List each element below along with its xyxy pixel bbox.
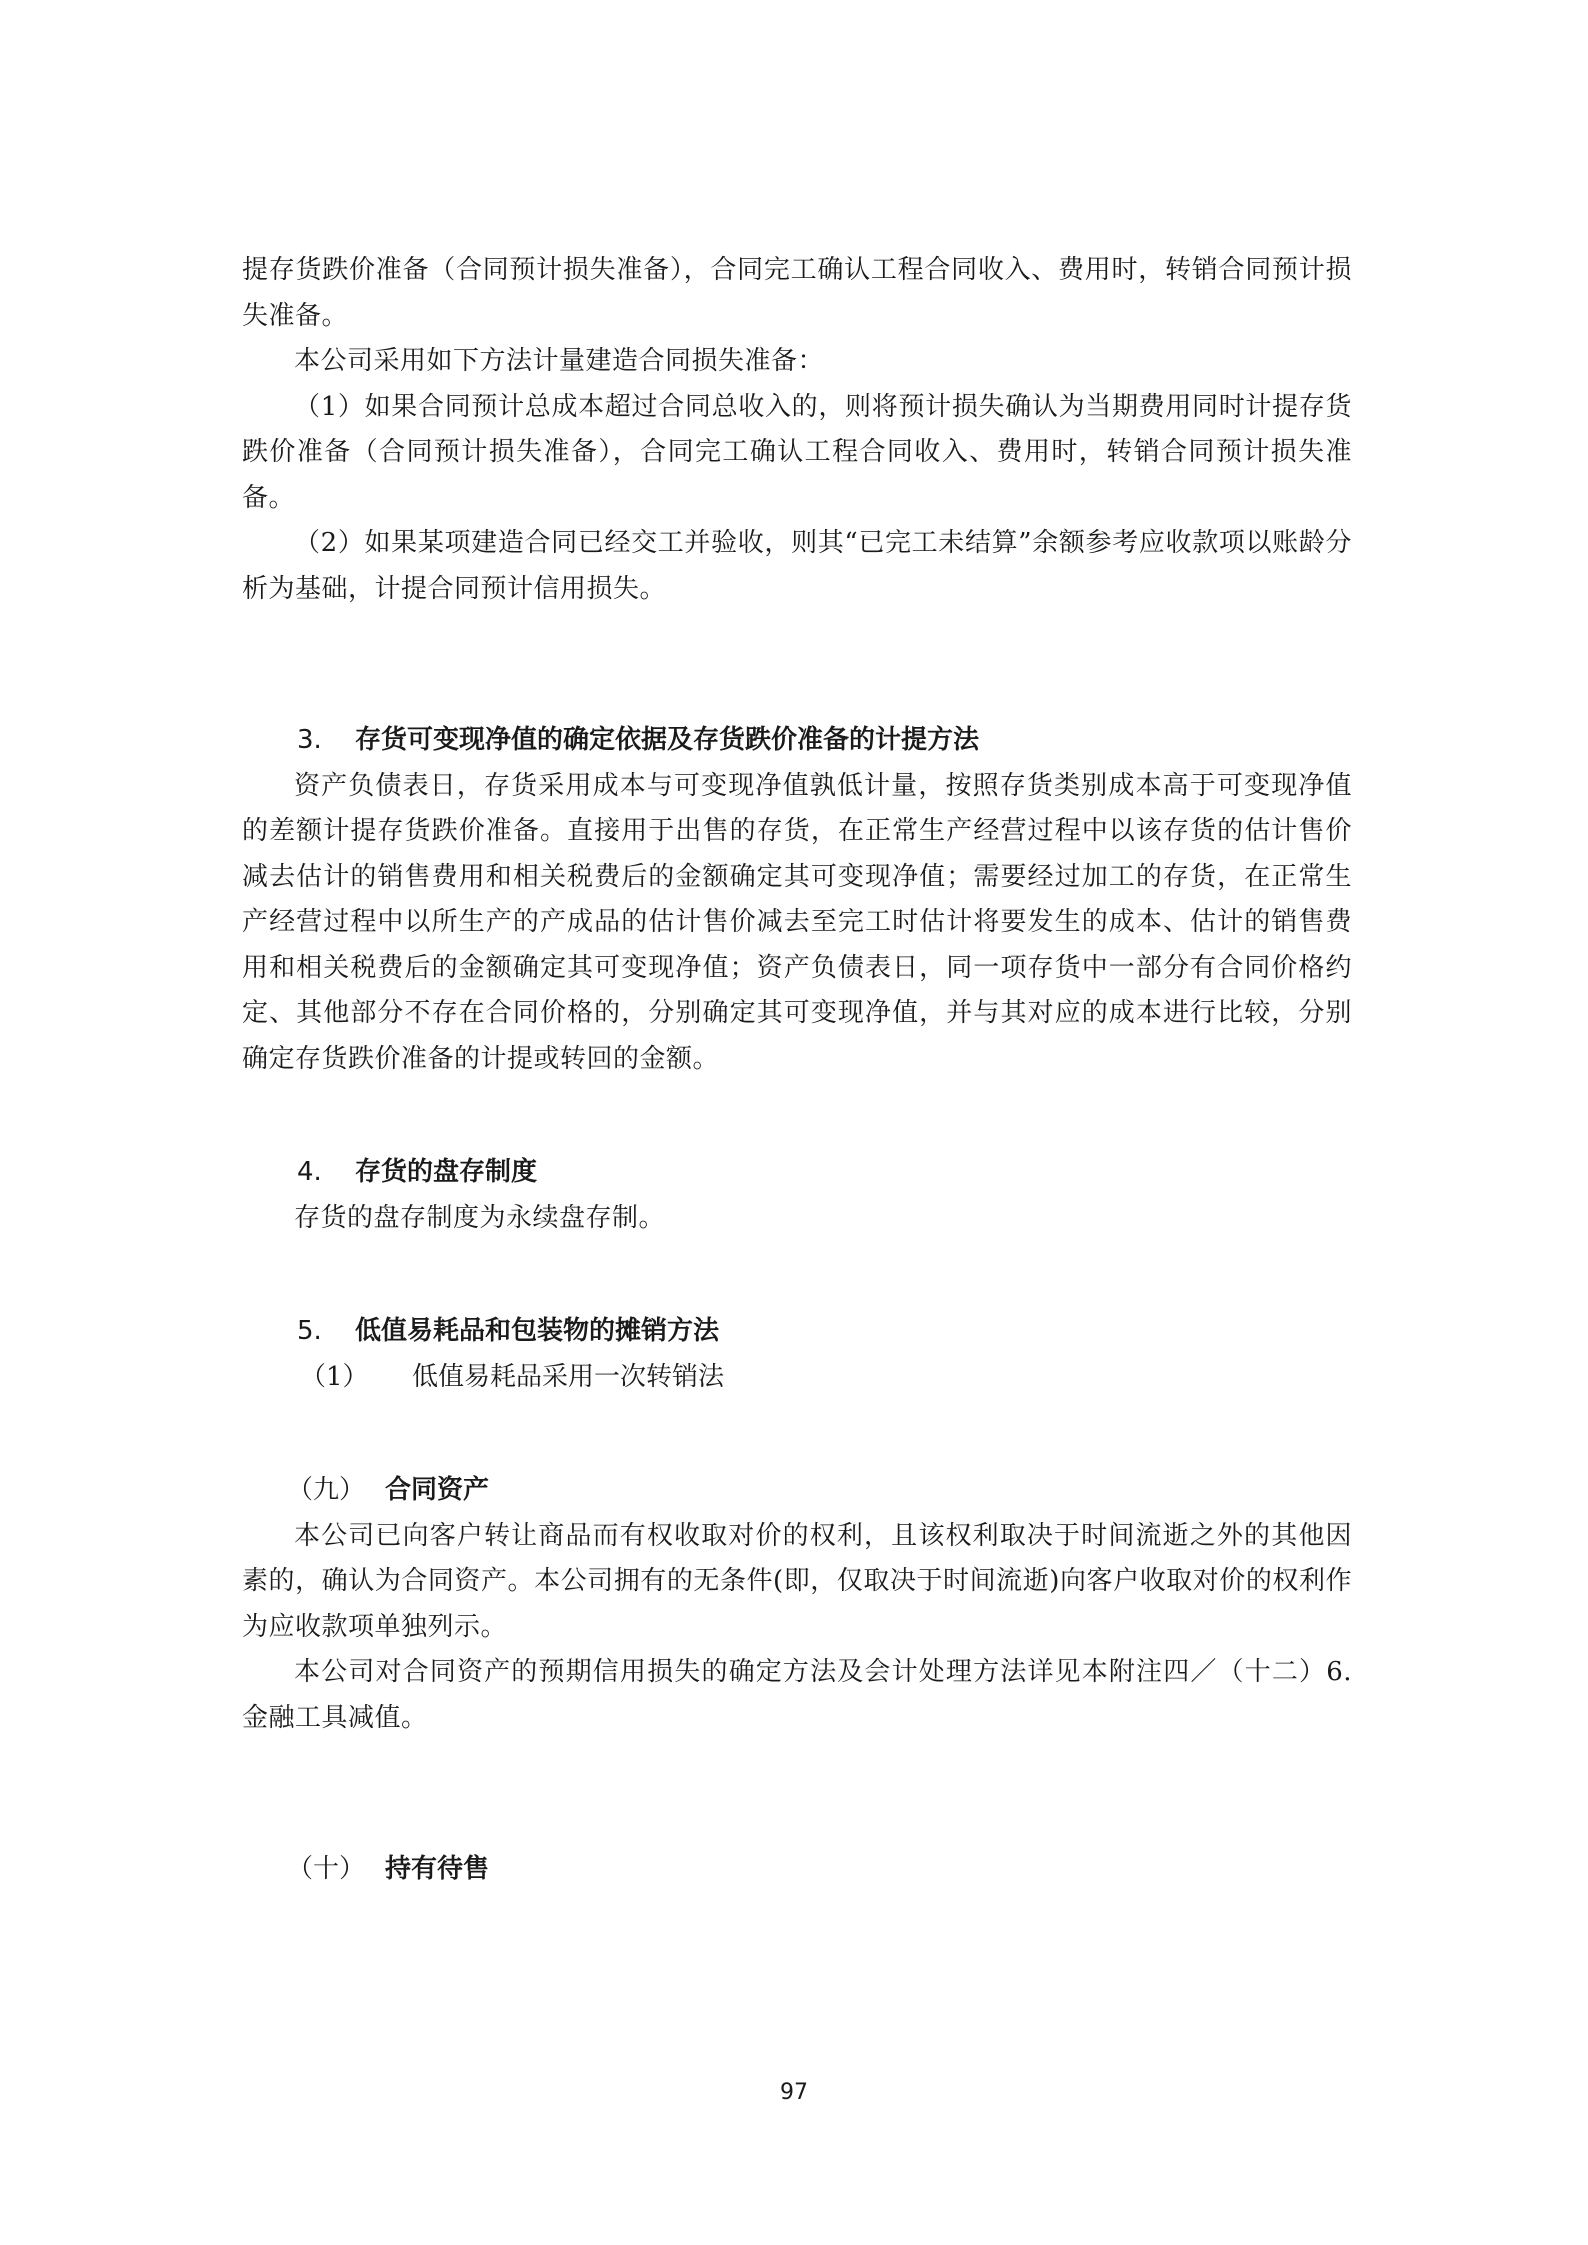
paragraph: 本公司已向客户转让商品而有权收取对价的权利，且该权利取决于时间流逝之外的其他因素… [242, 1514, 1352, 1651]
heading-text: 存货可变现净值的确定依据及存货跌价准备的计提方法 [355, 725, 979, 755]
spacer [242, 612, 1352, 718]
list-item-text: 低值易耗品采用一次转销法 [412, 1362, 724, 1392]
spacer [242, 1400, 1352, 1468]
list-item: （1）低值易耗品采用一次转销法 [242, 1355, 1352, 1401]
heading-text: 存货的盘存制度 [355, 1157, 537, 1187]
heading-number: 3. [297, 718, 355, 764]
heading-number: 4. [297, 1150, 355, 1196]
paragraph: （1）如果合同预计总成本超过合同总收入的，则将预计损失确认为当期费用同时计提存货… [242, 385, 1352, 522]
paragraph: （2）如果某项建造合同已经交工并验收，则其“已完工未结算”余额参考应收款项以账龄… [242, 521, 1352, 612]
paragraph: 资产负债表日，存货采用成本与可变现净值孰低计量，按照存货类别成本高于可变现净值的… [242, 764, 1352, 1083]
spacer [242, 1082, 1352, 1150]
page-number: 97 [0, 2080, 1588, 2105]
spacer [242, 1241, 1352, 1309]
list-item-label: （1） [300, 1355, 412, 1401]
heading-text: 低值易耗品和包装物的摊销方法 [355, 1316, 719, 1346]
heading-number: （九） [287, 1468, 385, 1514]
paragraph: 存货的盘存制度为永续盘存制。 [242, 1196, 1352, 1242]
heading-number: （十） [287, 1847, 385, 1893]
section-heading: 5.低值易耗品和包装物的摊销方法 [242, 1309, 1352, 1355]
paragraph: 提存货跌价准备（合同预计损失准备），合同完工确认工程合同收入、费用时，转销合同预… [242, 248, 1352, 339]
heading-number: 5. [297, 1309, 355, 1355]
section-heading: 4.存货的盘存制度 [242, 1150, 1352, 1196]
heading-text: 持有待售 [385, 1854, 489, 1884]
section-heading: 3.存货可变现净值的确定依据及存货跌价准备的计提方法 [242, 718, 1352, 764]
section-heading: （十）持有待售 [242, 1847, 1352, 1893]
spacer [242, 1741, 1352, 1847]
paragraph: 本公司采用如下方法计量建造合同损失准备： [242, 339, 1352, 385]
paragraph: 本公司对合同资产的预期信用损失的确定方法及会计处理方法详见本附注四／（十二）6.… [242, 1650, 1352, 1741]
section-heading: （九）合同资产 [242, 1468, 1352, 1514]
heading-text: 合同资产 [385, 1475, 489, 1505]
document-page: 提存货跌价准备（合同预计损失准备），合同完工确认工程合同收入、费用时，转销合同预… [242, 248, 1352, 1893]
